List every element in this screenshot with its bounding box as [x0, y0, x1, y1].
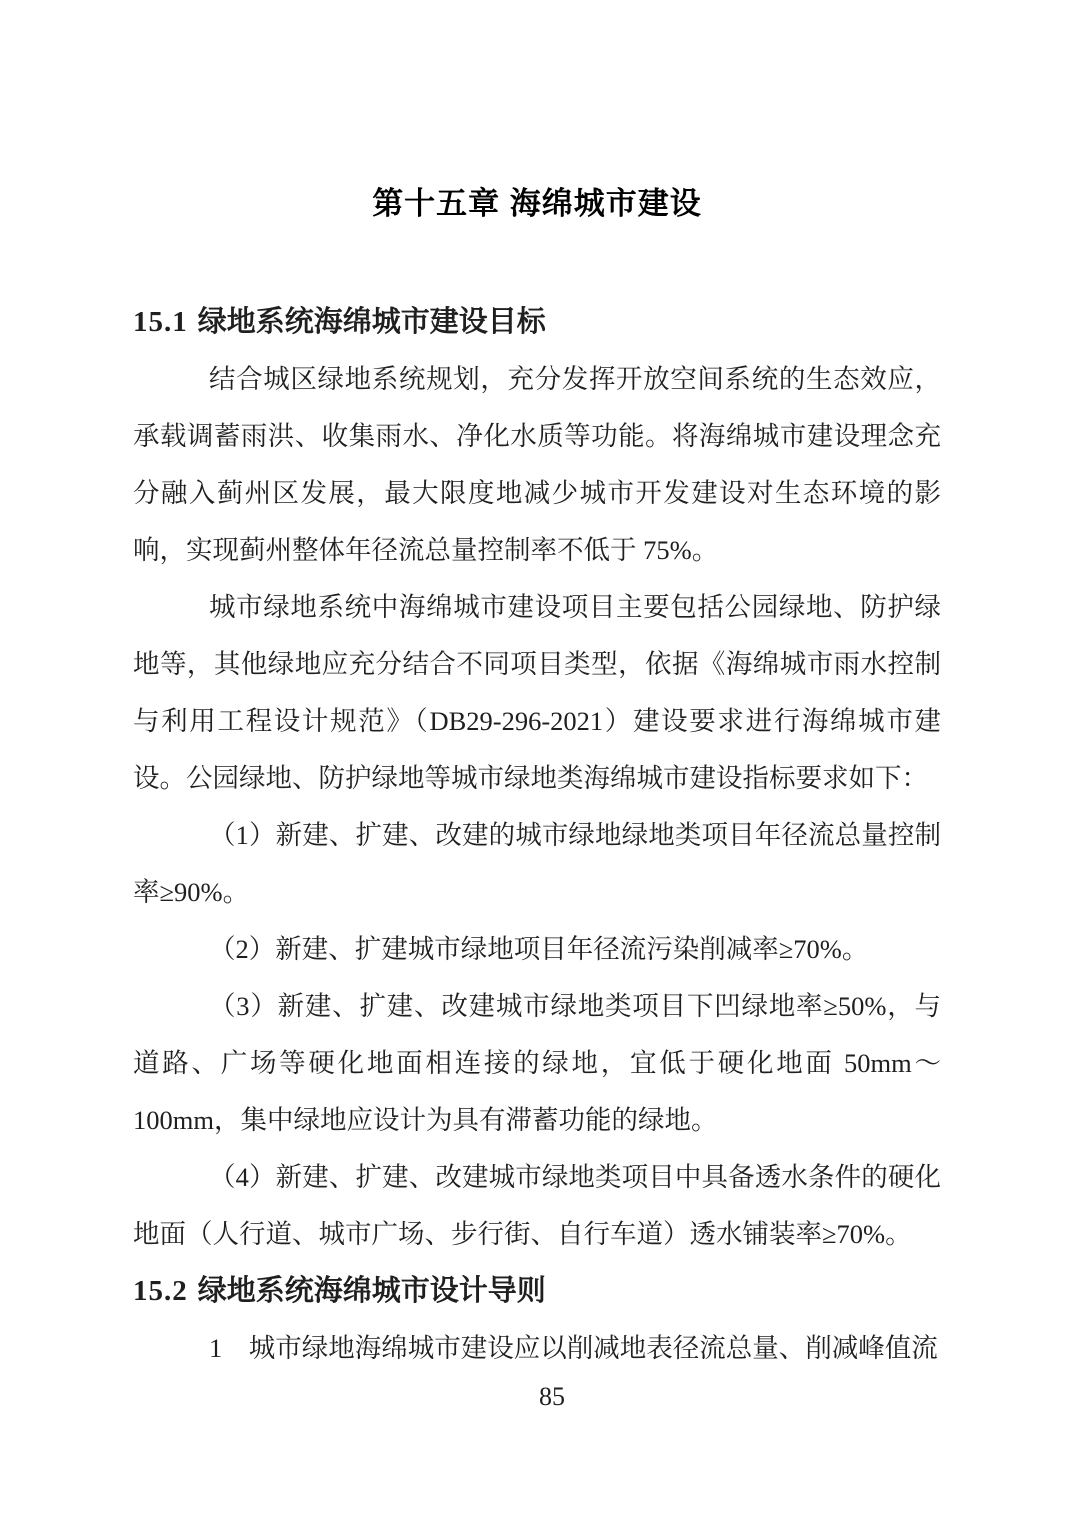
- paragraph-design-guideline-1: 1 城市绿地海绵城市建设应以削减地表径流总量、削减峰值流: [133, 1320, 941, 1377]
- document-body: 15.1绿地系统海绵城市建设目标 结合城区绿地系统规划，充分发挥开放空间系统的生…: [133, 294, 941, 1377]
- section-number: 15.1: [133, 294, 188, 351]
- page-number: 85: [0, 1384, 1074, 1410]
- section-number: 15.2: [133, 1263, 188, 1320]
- section-heading-15-1: 15.1绿地系统海绵城市建设目标: [133, 294, 941, 351]
- paragraph-green-space-projects: 城市绿地系统中海绵城市建设项目主要包括公园绿地、防护绿地等，其他绿地应充分结合不…: [133, 579, 941, 807]
- paragraph-item-3: （3）新建、扩建、改建城市绿地类项目下凹绿地率≥50%，与道路、广场等硬化地面相…: [133, 978, 941, 1149]
- paragraph-item-2: （2）新建、扩建城市绿地项目年径流污染削减率≥70%。: [133, 921, 941, 978]
- section-heading-15-2: 15.2绿地系统海绵城市设计导则: [133, 1263, 941, 1320]
- paragraph-item-4: （4）新建、扩建、改建城市绿地类项目中具备透水条件的硬化地面（人行道、城市广场、…: [133, 1149, 941, 1263]
- paragraph-goals-intro: 结合城区绿地系统规划，充分发挥开放空间系统的生态效应，承载调蓄雨洪、收集雨水、净…: [133, 351, 941, 579]
- document-page: 第十五章 海绵城市建设 15.1绿地系统海绵城市建设目标 结合城区绿地系统规划，…: [0, 0, 1074, 1520]
- section-title: 绿地系统海绵城市设计导则: [198, 1275, 546, 1307]
- section-title: 绿地系统海绵城市建设目标: [198, 306, 546, 338]
- chapter-title: 第十五章 海绵城市建设: [133, 179, 941, 229]
- paragraph-item-1: （1）新建、扩建、改建的城市绿地绿地类项目年径流总量控制率≥90%。: [133, 807, 941, 921]
